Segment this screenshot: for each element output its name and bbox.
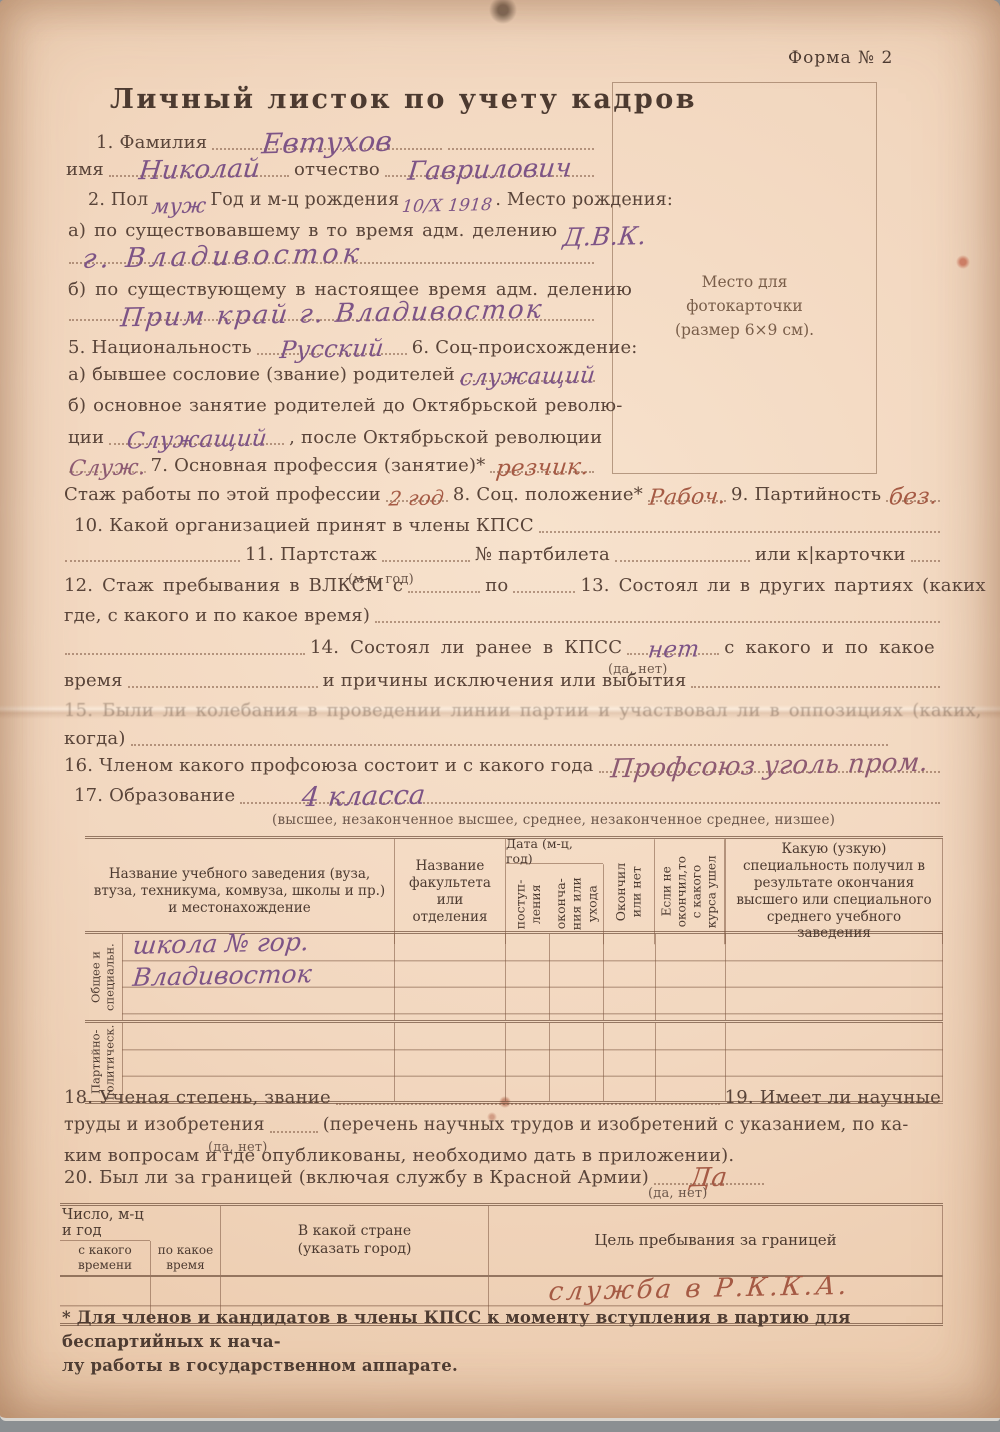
social-position-line: Рабоч. [648,489,726,503]
scientific-works-note2: ким вопросам и где опубликованы, необход… [62,1146,736,1166]
field-oppositions: 15. Были ли колебания в проведении линии… [62,701,943,721]
parents-occupation-label2: ции [66,428,106,448]
abroad-line: Да [654,1168,764,1185]
education-row-general: Общее и специальн. школа № гор. Владивос… [85,934,943,1023]
party-record-label: 11. Партстаж [243,545,379,565]
education-sublabel: (высшее, незаконченное высшее, среднее, … [272,812,835,828]
blank-line [131,744,888,746]
field-education: 17. Образование 4 класса [72,786,943,807]
patronymic-label: отчество [292,160,382,180]
field-exclusion-reasons: время и причины исключения или выбытия [62,671,943,691]
birthdate-handwriting: 10/X 1918 [402,199,494,214]
trade-union-line: Профсоюз уголь пром. [599,756,940,773]
other-parties-label2: где, с какого и по какое время) [62,606,372,626]
education-label: 17. Образование [72,786,237,806]
empty-cell [549,934,603,1020]
abroad-purpose-header: Цель пребывания за границей [488,1206,943,1275]
nationality-handwriting: Русский [279,339,385,360]
photo-placeholder-text: Место для фотокарточки (размер 6×9 см). [675,270,814,342]
field-surname: 1. Фамилия Евтухов [94,132,597,153]
empty-cell [603,934,655,1020]
patronymic-handwriting: Гаврилович [406,159,572,183]
abroad-date-to-header: по какое время [150,1241,220,1275]
field-parents-occupation-2: ции Служащий , после Октябрьской революц… [66,428,597,448]
parents-estate-handwriting: служащий [459,366,596,387]
abroad-sublabel: (да, нет) [648,1186,708,1201]
field-nationality: 5. Национальность Русский 6. Соц-происхо… [66,338,597,358]
occupation-after-handwriting: Служ. [68,459,147,478]
field-birthplace-new-value: Прим край г. Владивосток [66,304,597,324]
blank-line [65,560,240,562]
empty-cell [505,934,549,1020]
field-scientific-works-2: труды и изобретения (перечень научных тр… [62,1116,943,1136]
name-handwriting: Николай [137,159,260,182]
party-line: без. [886,488,940,502]
field-birthplace-old-city: г. Владивосток [66,246,597,267]
empty-cell [655,934,725,1020]
col-faculty-header: Название факультета или отделения [394,839,505,944]
blank-line [375,621,940,623]
birthplace-new-handwriting: Прим край г. Владивосток [119,300,544,330]
academic-degree-label: 18. Ученая степень, звание [62,1088,333,1108]
blank-line [615,560,750,562]
name-value-line: Николай [109,160,289,177]
sex-handwriting: муж [151,197,207,215]
birthdate-label: Год и м-ц рождения [208,191,401,211]
oppositions-label: 15. Были ли колебания в проведении линии… [62,701,984,721]
field-party-record: 11. Партстаж № партбилета или к|карточки [62,545,943,565]
profession-handwriting: резчик. [495,458,590,478]
profession-line: резчик. [490,459,594,473]
party-card-label: № партбилета [473,545,612,565]
nationality-label: 5. Национальность [66,338,254,358]
abroad-table-header: Число, м-ц и год с какого времени по как… [60,1206,943,1277]
komsomol-label: 12. Стаж пребывания в ВЛКСМ с [62,576,405,596]
trade-union-handwriting: Профсоюз уголь пром. [610,753,929,780]
school-name-handwriting-1: школа № гор. [132,932,310,956]
blank-line [65,653,305,655]
blank-line [408,591,480,593]
empty-cell [394,934,505,1020]
experience-line: 2 год [386,490,448,502]
education-table-header: Название учебного заведения (вуза, втуза… [85,839,943,934]
field-trade-union: 16. Членом какого профсоюза состоит и с … [62,756,943,776]
field-parents-estate: а) бывшее сословие (звание) родителей сл… [66,365,597,385]
education-handwriting: 4 класса [301,785,427,809]
birthplace-label: . Место рождения: [493,191,675,211]
name-label: имя [64,160,106,180]
field-admitting-organization: 10. Какой организацией принят в члены КП… [72,516,943,536]
col-date-header-group: Дата (м-ц, год) поступ- ления оконча- ни… [505,839,603,944]
form-number: Форма № 2 [788,48,893,68]
trade-union-label: 16. Членом какого профсоюза состоит и с … [62,756,596,776]
birthplace-city-line: г. Владивосток [69,246,594,264]
former-kpss-label2: с какого и по какое [722,638,937,658]
abroad-purpose-handwriting: служба в Р.К.К.А. [548,1276,851,1303]
profession-label: 7. Основная профессия (занятие)* [149,456,488,476]
birthplace-old-handwriting: Д.В.К. [562,226,647,248]
group-general-label: Общее и специальн. [85,934,122,1020]
blank-line [691,686,940,688]
other-parties-label: 13. Состоял ли в других партиях (каких [578,576,987,596]
social-origin-label: 6. Соц-происхождение: [410,338,640,358]
blank-line [539,531,940,533]
social-position-handwriting: Рабоч. [648,488,726,507]
candidate-card-label: или к|карточки [753,545,908,565]
blank-line [911,560,940,562]
occupation-after-line: Служ. [69,460,146,474]
footnote-line1: * Для членов и кандидатов в члены КПСС к… [62,1306,942,1354]
oppositions-label2: когда) [62,729,128,749]
field-name-patronymic: имя Николай отчество Гаврилович [64,160,597,180]
field-abroad: 20. Был ли за границей (включая службу в… [62,1168,943,1188]
abroad-date-from-header: с какого времени [60,1241,150,1275]
blank-line [382,560,470,562]
abroad-country-header: В какой стране (указать город) [220,1206,488,1275]
col-enrolled-header: поступ- ления [506,864,550,944]
col-specialty-header: Какую (узкую) специальность получил в ре… [725,839,943,944]
patronymic-value-line: Гаврилович [385,160,594,177]
field-other-parties-2: где, с какого и по какое время) [62,606,943,626]
scientific-works-label: 19. Имеет ли научные [723,1088,943,1108]
field-parents-occupation: б) основное занятие родителей до Октябрь… [66,396,597,416]
field-former-kpss: 14. Состоял ли ранее в КПСС нет с какого… [62,638,943,658]
field-scientific-works-3: ким вопросам и где опубликованы, необход… [62,1146,943,1166]
social-position-label: 8. Соц. положение* [451,485,645,505]
photo-placeholder-box: Место для фотокарточки (размер 6×9 см). [612,82,877,474]
scientific-works-label2: труды и изобретения [62,1116,267,1136]
birthplace-new-line: Прим край г. Владивосток [69,304,594,321]
school-name-handwriting-2: Владивосток [132,964,313,988]
date-header: Дата (м-ц, год) [506,839,603,864]
birthplace-old-label: а) по существовавшему в то время адм. де… [66,221,559,241]
former-kpss-handwriting: нет [647,640,700,659]
parents-occupation-before-line: Служащий [109,431,284,445]
komsomol-to-label: по [483,576,510,596]
col-graduated-header: Окончил или нет [603,839,655,944]
nationality-line: Русский [257,340,407,355]
field-sex-birth: 2. Пол муж Год и м-ц рождения 10/X 1918 … [86,191,601,211]
parents-occupation-label: б) основное занятие родителей до Октябрь… [66,396,625,416]
occupation-before-handwriting: Служащий [126,429,268,450]
parents-estate-line: служащий [460,368,595,382]
admitting-organization-label: 10. Какой организацией принят в члены КП… [72,516,536,536]
school-name-cell: школа № гор. Владивосток [122,934,394,1020]
field-academic-degree: 18. Ученая степень, звание 19. Имеет ли … [62,1088,943,1108]
col-left-header: оконча- ния или ухода [550,864,604,944]
abroad-date-header-group: Число, м-ц и год с какого времени по как… [60,1206,150,1275]
birthplace-city-handwriting: г. Владивосток [82,243,364,270]
empty-cell [725,934,943,1020]
field-oppositions-2: когда) [62,729,943,749]
education-table: Название учебного заведения (вуза, втуза… [85,836,943,1104]
education-line: 4 класса [240,786,940,804]
field-komsomol: 12. Стаж пребывания в ВЛКСМ с по 13. Сос… [62,576,943,596]
scientific-works-note: (перечень научных трудов и изобретений с… [321,1116,911,1136]
field-profession: Служ. 7. Основная профессия (занятие)* р… [66,456,597,476]
scanned-form-page: Форма № 2 Личный листок по учету кадров … [0,0,1000,1421]
abroad-label: 20. Был ли за границей (включая службу в… [62,1168,651,1188]
sex-label: 2. Пол [86,191,150,211]
surname-value-line: Евтухов [212,132,442,150]
form-title: Личный листок по учету кадров [110,84,697,115]
birthplace-new-label: б) по существующему в настоящее время ад… [66,280,634,300]
footnote: * Для членов и кандидатов в члены КПСС к… [62,1306,942,1378]
party-handwriting: без. [888,487,938,506]
col-course-left-header: Если не окончил,то с какого курса ушел [655,839,725,944]
field-experience-social-party: Стаж работы по этой профессии 2 год 8. С… [62,485,943,505]
experience-handwriting: 2 год [389,490,446,507]
former-kpss-line: нет [627,641,719,655]
former-kpss-label: 14. Состоял ли ранее в КПСС [308,638,624,658]
surname-handwriting: Евтухов [261,131,393,156]
footnote-line2: лу работы в государственном аппарате. [62,1354,942,1378]
experience-label: Стаж работы по этой профессии [62,485,383,505]
surname-label: 1. Фамилия [94,133,209,153]
exclusion-reasons-label: и причины исключения или выбытия [321,671,689,691]
blank-line [448,148,594,150]
parents-occupation-label3: , после Октябрьской революции [287,428,604,448]
blank-line [270,1131,318,1133]
party-label: 9. Партийность [729,485,883,505]
blank-line [128,686,318,688]
parents-estate-label: а) бывшее сословие (звание) родителей [66,365,457,385]
period-label: время [62,671,125,691]
abroad-date-header: Число, м-ц и год [60,1206,150,1241]
blank-line [336,1103,720,1105]
blank-line [513,591,575,593]
